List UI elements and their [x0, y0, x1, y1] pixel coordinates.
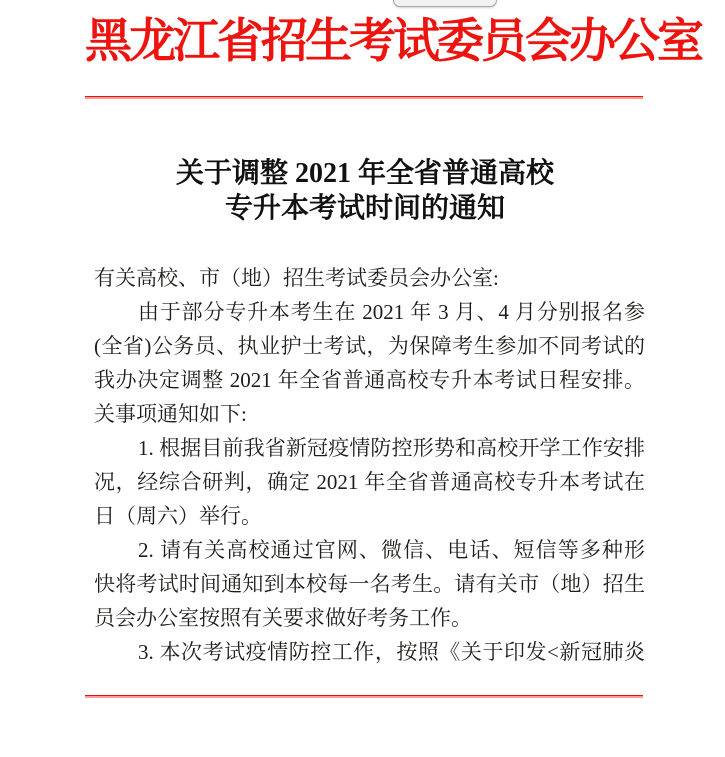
- paragraph-1: 由于部分专升本考生在 2021 年 3 月、4 月分别报名参加全国 (全省)公务…: [94, 295, 645, 431]
- body-line: 1. 根据目前我省新冠疫情防控形势和高校开学工作安排情: [94, 431, 645, 465]
- paragraph-4: 3. 本次考试疫情防控工作，按照《关于印发<新冠肺炎疫情防: [94, 635, 645, 669]
- body-line: 况，经综合研判，确定 2021 年全省普通高校专升本考试在 5 月 29: [94, 465, 645, 499]
- body-line: 快将考试时间通知到本校每一名考生。请有关市（地）招生考试委: [94, 567, 645, 601]
- body-line: 我办决定调整 2021 年全省普通高校专升本考试日程安排。现将有: [94, 363, 645, 397]
- document-body: 有关高校、市（地）招生考试委员会办公室: 由于部分专升本考生在 2021 年 3…: [85, 261, 645, 669]
- next-page-letterhead-rule: [85, 695, 643, 698]
- notice-title: 关于调整 2021 年全省普通高校 专升本考试时间的通知: [85, 156, 645, 226]
- letterhead-rule: [85, 96, 643, 99]
- paragraph-2: 1. 根据目前我省新冠疫情防控形势和高校开学工作安排情 况，经综合研判，确定 2…: [94, 431, 645, 533]
- page: { "document": { "colors": { "accent_red"…: [0, 0, 725, 757]
- paragraph-3: 2. 请有关高校通过官网、微信、电话、短信等多种形式，尽 快将考试时间通知到本校…: [94, 533, 645, 635]
- body-line: 员会办公室按照有关要求做好考务工作。: [94, 601, 645, 635]
- letterhead-org-name: 黑龙江省招生考试委员会办公室: [85, 6, 645, 78]
- body-line: 日（周六）举行。: [94, 499, 645, 533]
- body-line: 由于部分专升本考生在 2021 年 3 月、4 月分别报名参加全国: [94, 295, 645, 329]
- notice-title-line2: 专升本考试时间的通知: [85, 191, 645, 226]
- body-line: (全省)公务员、执业护士考试，为保障考生参加不同考试的权利，: [94, 329, 645, 363]
- body-line: 3. 本次考试疫情防控工作，按照《关于印发<新冠肺炎疫情防: [94, 635, 645, 669]
- body-line: 2. 请有关高校通过官网、微信、电话、短信等多种形式，尽: [94, 533, 645, 567]
- document-page: 黑龙江省招生考试委员会办公室 关于调整 2021 年全省普通高校 专升本考试时间…: [85, 0, 645, 698]
- notice-title-line1: 关于调整 2021 年全省普通高校: [85, 156, 645, 191]
- salutation: 有关高校、市（地）招生考试委员会办公室:: [94, 261, 645, 295]
- body-line: 关事项通知如下:: [94, 397, 645, 431]
